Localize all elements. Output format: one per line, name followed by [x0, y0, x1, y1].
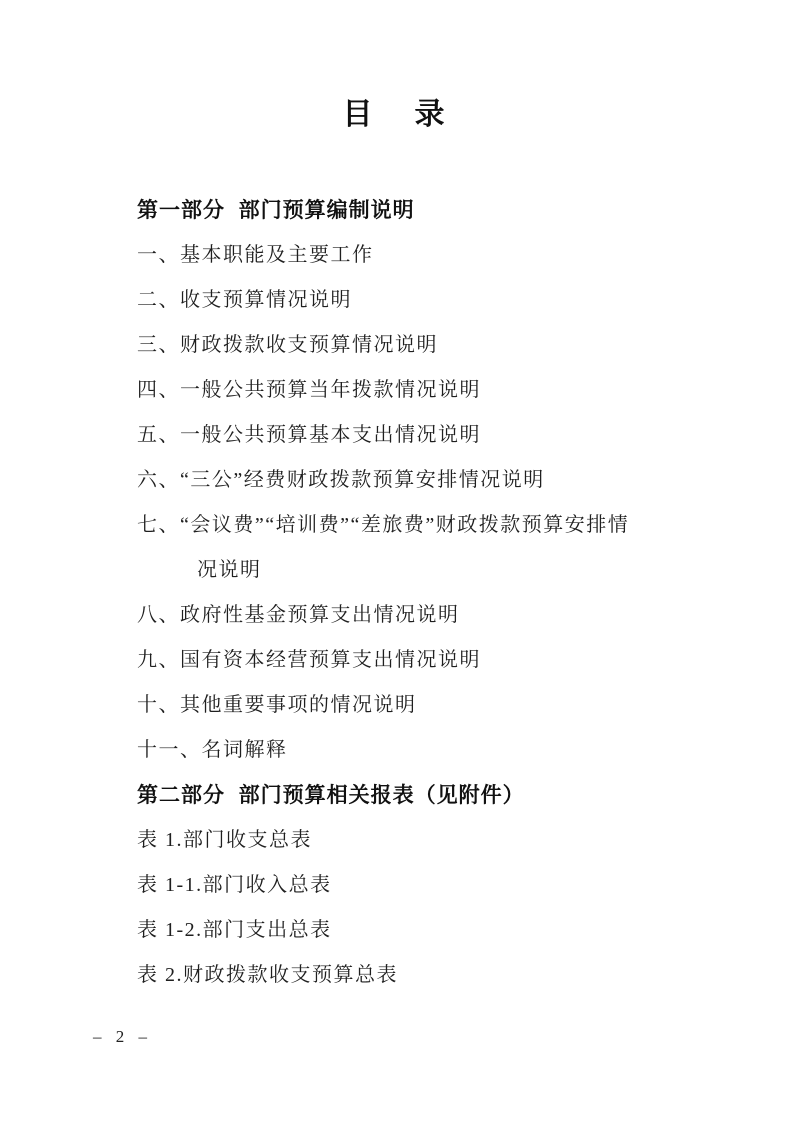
toc-item: 四、一般公共预算当年拨款情况说明 [137, 368, 715, 413]
toc-item: 三、财政拨款收支预算情况说明 [137, 323, 715, 368]
toc-item: 表 2.财政拨款收支预算总表 [137, 953, 715, 998]
document-page: 目 录 第一部分 部门预算编制说明一、基本职能及主要工作二、收支预算情况说明三、… [0, 0, 793, 1122]
toc-item: 表 1-1.部门收入总表 [137, 863, 715, 908]
toc-item: 十一、名词解释 [137, 728, 715, 773]
toc-item: 七、“会议费”“培训费”“差旅费”财政拨款预算安排情 况说明 [137, 503, 715, 593]
toc-section-heading: 第一部分 部门预算编制说明 [137, 188, 715, 233]
toc-item: 六、“三公”经费财政拨款预算安排情况说明 [137, 458, 715, 503]
toc-item: 十、其他重要事项的情况说明 [137, 683, 715, 728]
toc-item: 一、基本职能及主要工作 [137, 233, 715, 278]
toc-section-heading: 第二部分 部门预算相关报表（见附件） [137, 773, 715, 818]
toc-item: 八、政府性基金预算支出情况说明 [137, 593, 715, 638]
toc-item: 表 1-2.部门支出总表 [137, 908, 715, 953]
toc-list: 第一部分 部门预算编制说明一、基本职能及主要工作二、收支预算情况说明三、财政拨款… [0, 188, 793, 998]
toc-item: 表 1.部门收支总表 [137, 818, 715, 863]
page-title: 目 录 [0, 0, 793, 133]
toc-item: 五、一般公共预算基本支出情况说明 [137, 413, 715, 458]
toc-item: 二、收支预算情况说明 [137, 278, 715, 323]
toc-item: 九、国有资本经营预算支出情况说明 [137, 638, 715, 683]
page-number: – 2 – [93, 1027, 152, 1047]
